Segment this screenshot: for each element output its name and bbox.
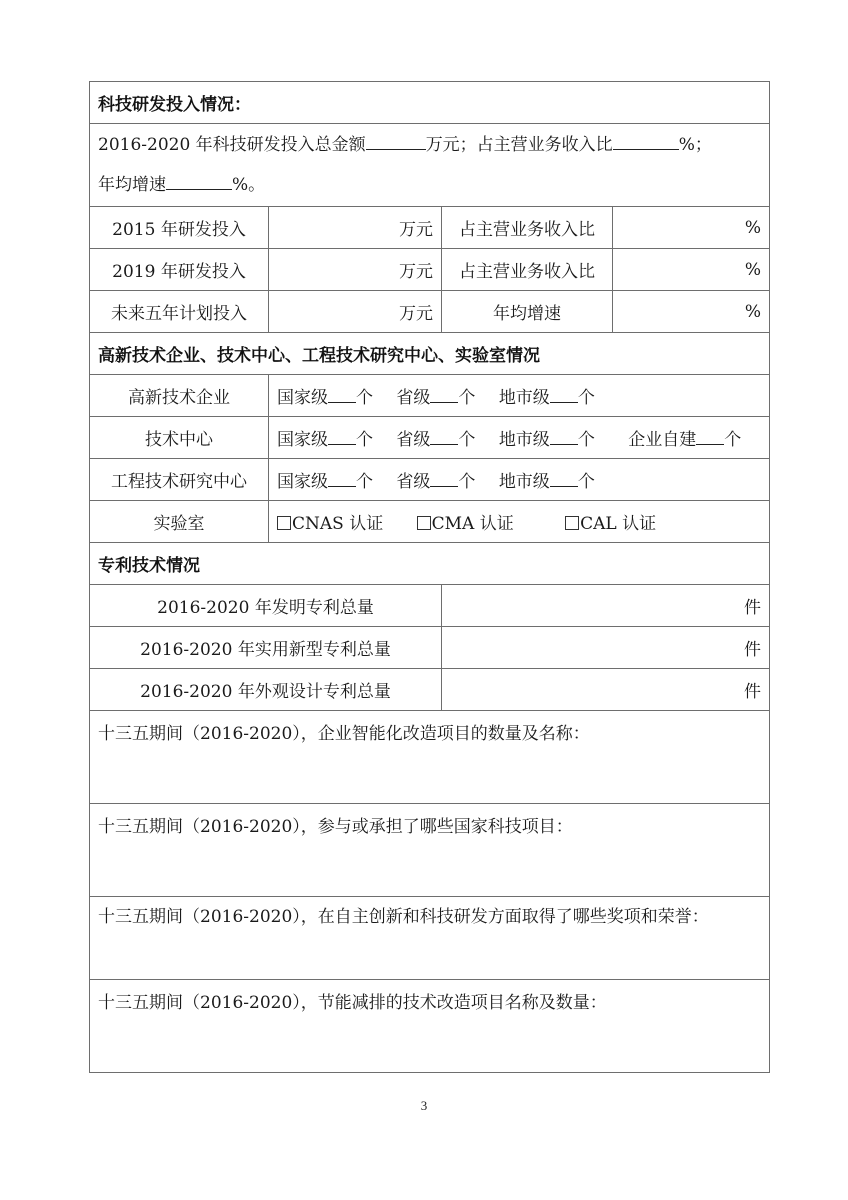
rd-growth-field[interactable]: % <box>613 291 770 333</box>
question-text: 十三五期间（2016-2020），企业智能化改造项目的数量及名称： <box>98 724 590 744</box>
section-title-rd-investment: 科技研发投入情况： <box>90 82 770 124</box>
patent-label: 2016-2020 年发明专利总量 <box>90 585 442 627</box>
checkbox-icon <box>565 516 579 530</box>
center-row-label: 高新技术企业 <box>90 375 269 417</box>
unit-label: % <box>745 218 761 238</box>
center-levels: 国家级个 省级个 地市级个 企业自建个 <box>269 417 770 459</box>
checkbox-cal[interactable]: CAL 认证 <box>565 514 656 534</box>
unit-label: 件 <box>744 682 761 702</box>
growth-rate-field[interactable] <box>166 175 232 190</box>
question-energy-saving[interactable]: 十三五期间（2016-2020），节能减排的技术改造项目名称及数量： <box>90 980 770 1073</box>
question-text: 十三五期间（2016-2020），参与或承担了哪些国家科技项目： <box>98 817 573 837</box>
rd-row-label2: 年均增速 <box>442 291 613 333</box>
rd-row-label: 2019 年研发投入 <box>90 249 269 291</box>
centers-row-high-tech: 高新技术企业 国家级个 省级个 地市级个 <box>90 375 770 417</box>
patent-row-utility: 2016-2020 年实用新型专利总量 件 <box>90 627 770 669</box>
centers-row-lab: 实验室 CNAS 认证 CMA 认证 CAL 认证 <box>90 501 770 543</box>
provincial-count-field[interactable] <box>430 388 458 403</box>
centers-row-tech-center: 技术中心 国家级个 省级个 地市级个 企业自建个 <box>90 417 770 459</box>
municipal-count-field[interactable] <box>550 472 578 487</box>
patent-row-design: 2016-2020 年外观设计专利总量 件 <box>90 669 770 711</box>
patent-label: 2016-2020 年外观设计专利总量 <box>90 669 442 711</box>
summary-line1-suffix: %； <box>679 135 712 155</box>
tech-rd-form-table: 科技研发投入情况： 2016-2020 年科技研发投入总金额万元；占主营业务收入… <box>89 81 770 1073</box>
provincial-count-field[interactable] <box>430 430 458 445</box>
unit-label: 万元 <box>399 262 433 282</box>
unit-label: 件 <box>744 640 761 660</box>
center-row-label: 技术中心 <box>90 417 269 459</box>
total-amount-field[interactable] <box>366 135 426 150</box>
page-number: 3 <box>0 1098 848 1114</box>
center-row-label: 工程技术研究中心 <box>90 459 269 501</box>
revenue-ratio-field[interactable] <box>613 135 679 150</box>
rd-row-label2: 占主营业务收入比 <box>442 207 613 249</box>
unit-label: % <box>745 302 761 322</box>
rd-amount-field[interactable]: 万元 <box>269 291 442 333</box>
rd-row-2015: 2015 年研发投入 万元 占主营业务收入比 % <box>90 207 770 249</box>
rd-amount-field[interactable]: 万元 <box>269 207 442 249</box>
unit-label: % <box>745 260 761 280</box>
center-levels: 国家级个 省级个 地市级个 <box>269 375 770 417</box>
patent-count-field[interactable]: 件 <box>442 585 770 627</box>
rd-ratio-field[interactable]: % <box>613 207 770 249</box>
lab-certifications: CNAS 认证 CMA 认证 CAL 认证 <box>269 501 770 543</box>
centers-row-eng-research: 工程技术研究中心 国家级个 省级个 地市级个 <box>90 459 770 501</box>
rd-row-label: 未来五年计划投入 <box>90 291 269 333</box>
rd-summary: 2016-2020 年科技研发投入总金额万元；占主营业务收入比%； 年均增速%。 <box>90 124 770 207</box>
question-smart-transformation[interactable]: 十三五期间（2016-2020），企业智能化改造项目的数量及名称： <box>90 711 770 804</box>
summary-line1-prefix: 2016-2020 年科技研发投入总金额 <box>98 135 366 155</box>
question-text: 十三五期间（2016-2020），在自主创新和科技研发方面取得了哪些奖项和荣誉： <box>98 907 709 927</box>
lab-label: 实验室 <box>90 501 269 543</box>
unit-label: 件 <box>744 598 761 618</box>
checkbox-icon <box>277 516 291 530</box>
national-count-field[interactable] <box>328 388 356 403</box>
rd-row-label: 2015 年研发投入 <box>90 207 269 249</box>
checkbox-cma[interactable]: CMA 认证 <box>417 514 514 534</box>
municipal-count-field[interactable] <box>550 388 578 403</box>
patent-count-field[interactable]: 件 <box>442 627 770 669</box>
question-national-projects[interactable]: 十三五期间（2016-2020），参与或承担了哪些国家科技项目： <box>90 804 770 897</box>
center-levels: 国家级个 省级个 地市级个 <box>269 459 770 501</box>
patent-count-field[interactable]: 件 <box>442 669 770 711</box>
patent-row-invention: 2016-2020 年发明专利总量 件 <box>90 585 770 627</box>
municipal-count-field[interactable] <box>550 430 578 445</box>
rd-ratio-field[interactable]: % <box>613 249 770 291</box>
rd-row-label2: 占主营业务收入比 <box>442 249 613 291</box>
rd-amount-field[interactable]: 万元 <box>269 249 442 291</box>
summary-line2-suffix: %。 <box>232 175 265 195</box>
question-awards[interactable]: 十三五期间（2016-2020），在自主创新和科技研发方面取得了哪些奖项和荣誉： <box>90 897 770 980</box>
rd-row-future-plan: 未来五年计划投入 万元 年均增速 % <box>90 291 770 333</box>
question-text: 十三五期间（2016-2020），节能减排的技术改造项目名称及数量： <box>98 993 607 1013</box>
checkbox-cnas[interactable]: CNAS 认证 <box>277 514 383 534</box>
national-count-field[interactable] <box>328 430 356 445</box>
unit-label: 万元 <box>399 220 433 240</box>
unit-label: 万元 <box>399 304 433 324</box>
section-title-centers: 高新技术企业、技术中心、工程技术研究中心、实验室情况 <box>90 333 770 375</box>
patent-label: 2016-2020 年实用新型专利总量 <box>90 627 442 669</box>
self-built-count-field[interactable] <box>696 430 724 445</box>
summary-line1-mid: 万元；占主营业务收入比 <box>426 135 613 155</box>
national-count-field[interactable] <box>328 472 356 487</box>
provincial-count-field[interactable] <box>430 472 458 487</box>
rd-row-2019: 2019 年研发投入 万元 占主营业务收入比 % <box>90 249 770 291</box>
summary-line2-prefix: 年均增速 <box>98 175 166 195</box>
section-title-patents: 专利技术情况 <box>90 543 770 585</box>
checkbox-icon <box>417 516 431 530</box>
